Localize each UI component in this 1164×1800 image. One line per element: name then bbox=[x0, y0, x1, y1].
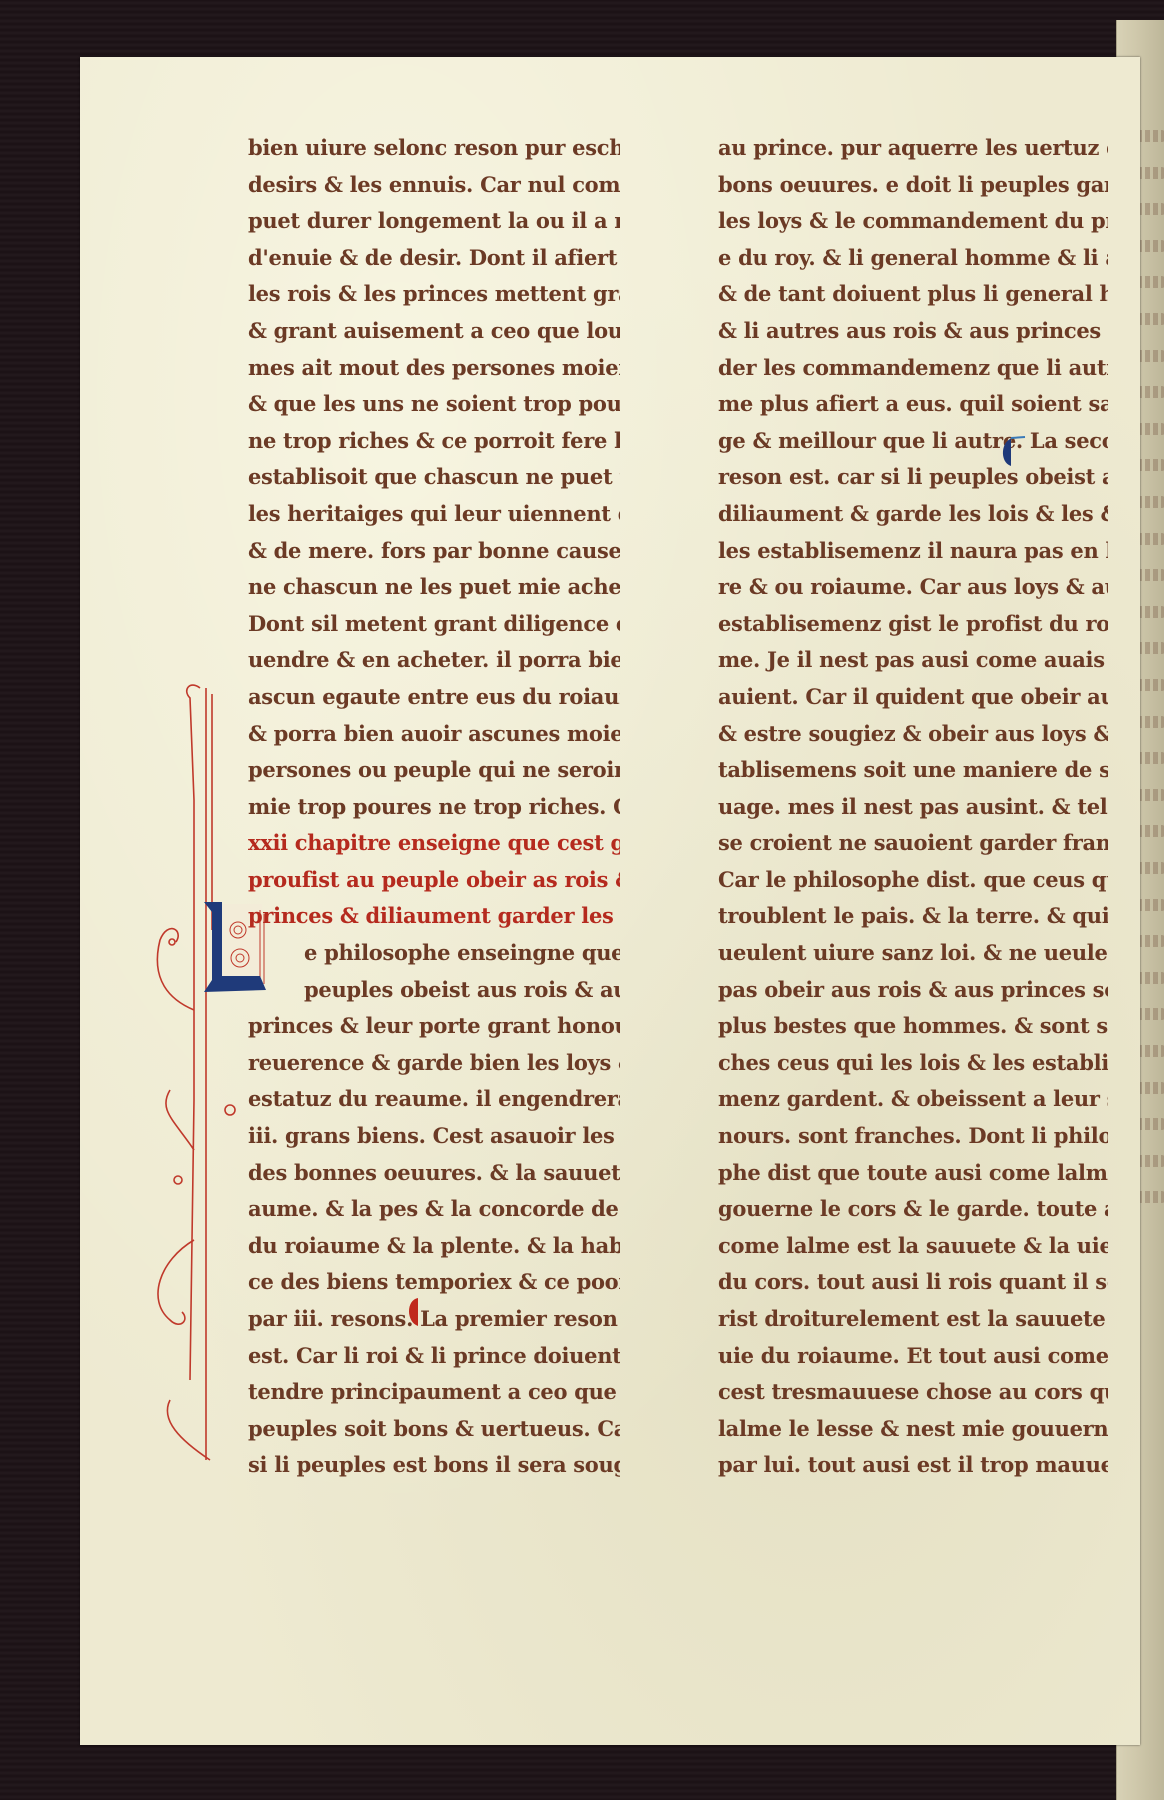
text-line: ne trop riches & ce porroit fere li rois… bbox=[248, 423, 620, 460]
text-line: par lui. tout ausi est il trop mauuese bbox=[718, 1447, 1108, 1484]
text-line: persones ou peuple qui ne seroint bbox=[248, 752, 620, 789]
text-line: lalme le lesse & nest mie gouuerne bbox=[718, 1411, 1108, 1448]
text-line: mes ait mout des persones moiennes bbox=[248, 350, 620, 387]
text-line: par iii. resons. La premier reson bbox=[248, 1301, 620, 1338]
text-line: & li autres aus rois & aus princes & gar bbox=[718, 313, 1108, 350]
right-text-column: au prince. pur aquerre les uertuz des bo… bbox=[718, 130, 1108, 1484]
text-line: bons oeuures. e doit li peuples garder bbox=[718, 167, 1108, 204]
text-line: peuples obeist aus rois & aus bbox=[248, 972, 620, 1009]
text-line: ge & meillour que li autre. La seconde bbox=[718, 423, 1108, 460]
text-line: reuerence & garde bien les loys & les bbox=[248, 1045, 620, 1082]
text-line: est. Car li roi & li prince doiuent en bbox=[248, 1338, 620, 1375]
text-line: troublent le pais. & la terre. & qui bbox=[718, 898, 1108, 935]
text-line: d'enuie & de desir. Dont il afiert que bbox=[248, 240, 620, 277]
rubric-line: xxii chapitre enseigne que cest grant bbox=[248, 825, 620, 862]
text-line: establisoit que chascun ne puet uendre bbox=[248, 459, 620, 496]
text-line: der les commandemenz que li autre co bbox=[718, 350, 1108, 387]
text-line: ueulent uiure sanz loi. & ne ueulent bbox=[718, 935, 1108, 972]
text-line: princes & leur porte grant honour & gran… bbox=[248, 1008, 620, 1045]
text-line: re & ou roiaume. Car aus loys & aus bbox=[718, 569, 1108, 606]
text-line: rist droiturelement est la sauuete & la bbox=[718, 1301, 1108, 1338]
text-line: & que les uns ne soient trop poures bbox=[248, 386, 620, 423]
rubric-line: princes & diliaument garder les bbox=[248, 898, 620, 935]
text-line: phe dist que toute ausi come lalme bbox=[718, 1155, 1108, 1192]
text-line: du cors. tout ausi li rois quant il seig… bbox=[718, 1264, 1108, 1301]
text-line: & de mere. fors par bonne cause & loial. bbox=[248, 533, 620, 570]
text-line: du roiaume & la plente. & la habunda bbox=[248, 1228, 620, 1265]
text-line: Car le philosophe dist. que ceus qui bbox=[718, 862, 1108, 899]
text-line: ce des biens temporiex & ce poons prouer bbox=[248, 1264, 620, 1301]
left-text-column: bien uiure selonc reson pur eschiuer les… bbox=[248, 130, 620, 1484]
text-line: desirs & les ennuis. Car nul compaignie … bbox=[248, 167, 620, 204]
text-line: mie trop poures ne trop riches. Ce bbox=[248, 789, 620, 826]
text-line: aume. & la pes & la concorde de ceus bbox=[248, 1191, 620, 1228]
text-line: tendre principaument a ceo que li bbox=[248, 1374, 620, 1411]
text-line: uendre & en acheter. il porra bien auoir bbox=[248, 642, 620, 679]
text-line: menz gardent. & obeissent a leur seig bbox=[718, 1081, 1108, 1118]
text-line: des bonnes oeuures. & la sauuete du roi bbox=[248, 1155, 620, 1192]
text-line: peuples soit bons & uertueus. Car bbox=[248, 1411, 620, 1448]
text-line: les establisemenz il naura pas en la ter bbox=[718, 533, 1108, 570]
text-line: me. Je il nest pas ausi come auais bbox=[718, 642, 1108, 679]
text-line: les rois & les princes mettent grant soi… bbox=[248, 276, 620, 313]
text-line: & estre sougiez & obeir aus loys & aus e… bbox=[718, 716, 1108, 753]
text-line: e du roy. & li general homme & li autre bbox=[718, 240, 1108, 277]
text-line: establisemenz gist le profist du roiau bbox=[718, 606, 1108, 643]
text-line: diliaument & garde les lois & les & bbox=[718, 496, 1108, 533]
text-line: tablisemens soit une maniere de ser bbox=[718, 752, 1108, 789]
text-line: come lalme est la sauuete & la uie bbox=[718, 1228, 1108, 1265]
text-line: reson est. car si li peuples obeist au r… bbox=[718, 459, 1108, 496]
text-line: me plus afiert a eus. quil soient sa bbox=[718, 386, 1108, 423]
text-line: uage. mes il nest pas ausint. & tel qui bbox=[718, 789, 1108, 826]
rubric-line: proufist au peuple obeir as rois & as bbox=[248, 862, 620, 899]
text-line: nours. sont franches. Dont li philoso bbox=[718, 1118, 1108, 1155]
text-line: pas obeir aus rois & aus princes sont bbox=[718, 972, 1108, 1009]
text-line: uie du roiaume. Et tout ausi come bbox=[718, 1338, 1108, 1375]
text-line: estatuz du reaume. il engendrera bbox=[248, 1081, 620, 1118]
text-line: bien uiure selonc reson pur eschiuer les bbox=[248, 130, 620, 167]
text-line: les heritaiges qui leur uiennent de pere bbox=[248, 496, 620, 533]
text-line: & porra bien auoir ascunes moiennes bbox=[248, 716, 620, 753]
text-line: & de tant doiuent plus li general home bbox=[718, 276, 1108, 313]
text-line: ne chascun ne les puet mie acheter. bbox=[248, 569, 620, 606]
text-line: auient. Car il quident que obeir au roi bbox=[718, 679, 1108, 716]
text-line: Dont sil metent grant diligence en bbox=[248, 606, 620, 643]
text-line: se croient ne sauoient garder franchise. bbox=[718, 825, 1108, 862]
text-line: puet durer longement la ou il a molt bbox=[248, 203, 620, 240]
text-line: au prince. pur aquerre les uertuz des bbox=[718, 130, 1108, 167]
blue-paraph-icon bbox=[997, 434, 1027, 470]
text-line: les loys & le commandement du prince bbox=[718, 203, 1108, 240]
text-line: cest tresmauuese chose au cors quant bbox=[718, 1374, 1108, 1411]
text-line: plus bestes que hommes. & sont sers bbox=[718, 1008, 1108, 1045]
text-line: iii. grans biens. Cest asauoir les uertu… bbox=[248, 1118, 620, 1155]
text-line: ches ceus qui les lois & les establise bbox=[718, 1045, 1108, 1082]
text-line: & grant auisement a ceo que lour roiau bbox=[248, 313, 620, 350]
text-line: si li peuples est bons il sera sougiez bbox=[248, 1447, 620, 1484]
text-line: ascun egaute entre eus du roiaume. bbox=[248, 679, 620, 716]
text-line: e philosophe enseingne que si li bbox=[248, 935, 620, 972]
text-line: gouerne le cors & le garde. toute ausi bbox=[718, 1191, 1108, 1228]
red-paraph-icon bbox=[404, 1294, 430, 1328]
